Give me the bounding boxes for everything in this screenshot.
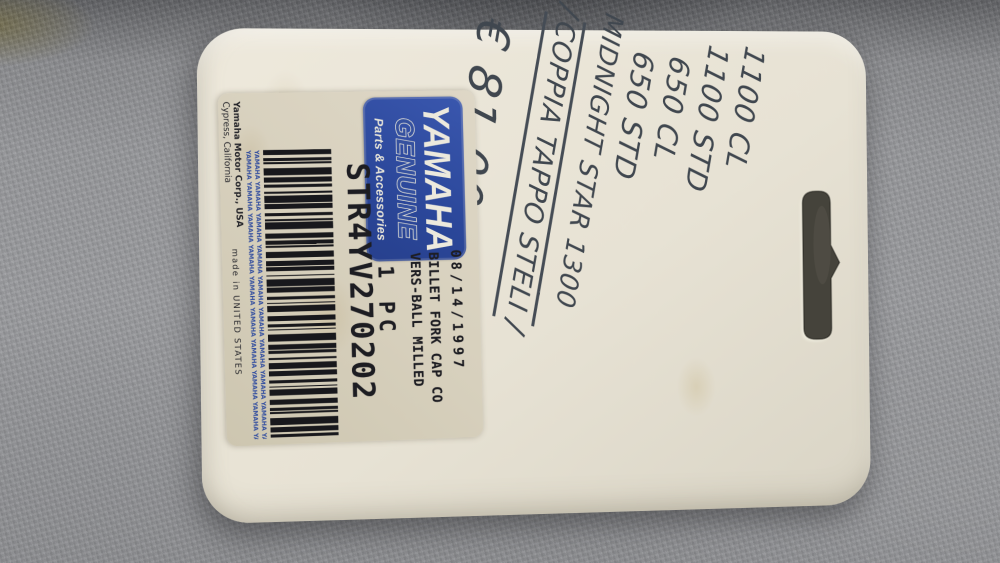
part-number: STR4YV270202 bbox=[339, 162, 381, 401]
print-date: 08/14/1997 bbox=[447, 249, 466, 371]
company-name: Yamaha Motor Corp., USA bbox=[230, 101, 244, 227]
photo-background: 1100 CL 1100 STD 650 CL 650 STD MIDNIGHT… bbox=[0, 0, 1000, 563]
product-card-wrapper: 1100 CL 1100 STD 650 CL 650 STD MIDNIGHT… bbox=[193, 24, 874, 528]
yamaha-part-label: YAMAHA GENUINE Parts & Accessories 08/14… bbox=[218, 90, 484, 446]
barcode-bars bbox=[263, 149, 339, 439]
yamaha-genuine-logo: YAMAHA GENUINE Parts & Accessories bbox=[363, 96, 467, 261]
brand-wordmark: YAMAHA bbox=[417, 104, 458, 253]
company-city: Cypress, California bbox=[220, 101, 233, 183]
made-in-text: made in UNITED STATES bbox=[230, 249, 243, 376]
part-description-line1: BILLET FORK CAP CO bbox=[425, 252, 444, 403]
part-description-line2: VERS-BALL MILLED bbox=[407, 252, 426, 387]
hang-card: 1100 CL 1100 STD 650 CL 650 STD MIDNIGHT… bbox=[196, 28, 871, 524]
hang-slot-hole bbox=[795, 186, 843, 345]
